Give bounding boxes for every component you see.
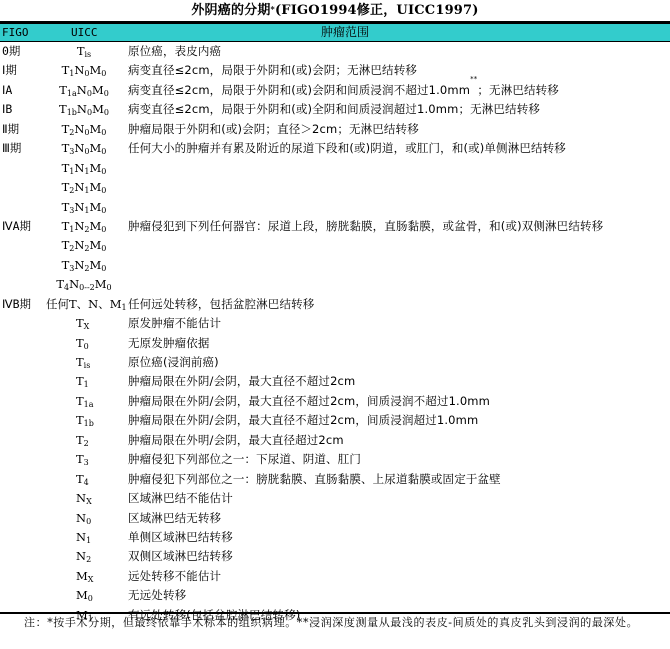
tnm-definition-row: NX区域淋巴结不能估计: [0, 489, 670, 508]
table-row: 0期Tis原位癌，表皮内癌: [0, 42, 670, 61]
uicc-code: T1N1M0: [40, 159, 128, 178]
tnm-definition-row: T1a肿瘤局限在外阴/会阴，最大直径不超过2cm，间质浸润不超过1.0mm: [0, 392, 670, 411]
tnm-letter: M: [92, 102, 104, 116]
tnm-subscript: 0: [84, 342, 89, 351]
tnm-letter: N: [74, 141, 84, 155]
tnm-letter: T: [59, 102, 67, 116]
tnm-subscript: 0: [101, 225, 106, 234]
description-text: 肿瘤局限于外阴和(或)会阴；直径＞2cm；无淋巴结转移: [128, 122, 419, 136]
tnm-description: 区域淋巴结无转移: [128, 509, 221, 528]
tnm-letter: M: [90, 161, 102, 175]
tnm-letter: T: [76, 472, 84, 486]
tnm-letter: T: [76, 355, 84, 369]
figo-stage: ⅠA: [2, 81, 12, 100]
tnm-description: 无远处转移: [128, 586, 186, 605]
tnm-subscript: X: [88, 575, 94, 584]
uicc-code: T2N0M0: [40, 120, 128, 139]
figo-stage: ⅠB: [2, 100, 12, 119]
tnm-letter: M: [95, 277, 107, 291]
uicc-code: T4N0--2M0: [40, 275, 128, 294]
table-row-ivb: ⅣB期任何T、N、M1任何远处转移，包括盆腔淋巴结转移: [0, 295, 670, 314]
table-row: T3N2M0: [0, 256, 670, 275]
table-row: T4N0--2M0: [0, 275, 670, 294]
tumor-range-description: 任何远处转移，包括盆腔淋巴结转移: [128, 295, 314, 314]
uicc-code: Tis: [40, 42, 128, 61]
table-title: 外阴癌的分期*(FIGO1994修正，UICC1997): [0, 3, 670, 19]
uicc-code-text: 任何T、N、M: [46, 297, 122, 311]
tnm-description: 肿瘤局限在外阴/会阴，最大直径不超过2cm，间质浸润超过1.0mm: [128, 411, 478, 430]
tumor-range-description: 任何大小的肿瘤并有累及附近的尿道下段和(或)阴道，或肛门，和(或)单侧淋巴结转移: [128, 139, 566, 158]
tnm-letter: T: [56, 277, 64, 291]
tnm-code: N2: [40, 547, 128, 566]
tumor-range-description: 肿瘤局限于外阴和(或)会阴；直径＞2cm；无淋巴结转移: [128, 120, 419, 139]
tnm-description: 肿瘤局限在外明/会阴，最大直径超过2cm: [128, 431, 344, 450]
tnm-letter: N: [74, 238, 84, 252]
table-row: Ⅰ期T1N0M0病变直径≤2cm，局限于外阴和(或)会阴；无淋巴结转移: [0, 61, 670, 80]
tnm-description: 无原发肿瘤依据: [128, 334, 210, 353]
tnm-description: 区域淋巴结不能估计: [128, 489, 233, 508]
tnm-subscript: 1a: [84, 400, 94, 409]
description-text-after: ；无淋巴结转移: [477, 83, 559, 97]
uicc-code: T3N2M0: [40, 256, 128, 275]
description-text: 原位癌，表皮内癌: [128, 44, 221, 58]
tnm-letter: M: [90, 122, 102, 136]
description-text: 病变直径≤2cm，局限于外阴和(或)全阴和间质浸润超过1.0mm；无淋巴结转移: [128, 102, 540, 116]
tnm-definition-row: T1肿瘤局限在外阴/会阴，最大直径不超过2cm: [0, 372, 670, 391]
header-tumor-range: 肿瘤范围: [0, 24, 670, 41]
tnm-description: 原发肿瘤不能估计: [128, 314, 221, 333]
description-text: 病变直径≤2cm，局限于外阴和(或)会阴；无淋巴结转移: [128, 63, 417, 77]
tnm-definition-row: N0区域淋巴结无转移: [0, 509, 670, 528]
uicc-code: 任何T、N、M1: [46, 295, 127, 314]
tnm-definition-row: T0无原发肿瘤依据: [0, 334, 670, 353]
tnm-subscript: 1: [122, 303, 127, 312]
uicc-code: T2N1M0: [40, 178, 128, 197]
tnm-subscript: 0: [104, 108, 109, 117]
figo-stage: ⅣA期: [2, 217, 31, 236]
tnm-description: 肿瘤侵犯下列部位之一：下尿道、阴道、肛门: [128, 450, 361, 469]
tumor-range-description: 原位癌，表皮内癌: [128, 42, 221, 61]
tnm-letter: T: [76, 316, 84, 330]
tumor-range-description: 病变直径≤2cm，局限于外阴和(或)会阴；无淋巴结转移: [128, 61, 417, 80]
tnm-subscript: X: [84, 322, 90, 331]
footnote-marker: **: [470, 75, 477, 83]
tnm-letter: N: [76, 511, 86, 525]
tumor-range-description: 病变直径≤2cm，局限于外阴和(或)全阴和间质浸润超过1.0mm；无淋巴结转移: [128, 100, 540, 119]
tnm-definition-row: T3肿瘤侵犯下列部位之一：下尿道、阴道、肛门: [0, 450, 670, 469]
tnm-letter: M: [92, 83, 104, 97]
description-text: 病变直径≤2cm，局限于外阴和(或)会阴和间质浸润不超过1.0mm: [128, 83, 470, 97]
tnm-subscript: 0: [101, 167, 106, 176]
table-row: T2N2M0: [0, 236, 670, 255]
tnm-definition-row: M0无远处转移: [0, 586, 670, 605]
uicc-code: T1N0M0: [40, 61, 128, 80]
table-row: ⅠAT1aN0M0病变直径≤2cm，局限于外阴和(或)会阴和间质浸润不超过1.0…: [0, 81, 670, 100]
tnm-letter: N: [74, 219, 84, 233]
table-row: ⅠBT1bN0M0病变直径≤2cm，局限于外阴和(或)全阴和间质浸润超过1.0m…: [0, 100, 670, 119]
tnm-description: 原位癌(浸润前癌): [128, 353, 219, 372]
uicc-code: T1bN0M0: [40, 100, 128, 119]
tnm-definition-row: N2双侧区域淋巴结转移: [0, 547, 670, 566]
tnm-letter: N: [74, 180, 84, 194]
uicc-code: T2N2M0: [40, 236, 128, 255]
tnm-subscript: X: [86, 497, 92, 506]
tnm-subscript: 4: [84, 478, 89, 487]
tnm-letter: T: [76, 374, 84, 388]
tnm-code: N0: [40, 509, 128, 528]
tnm-letter: T: [76, 394, 84, 408]
tnm-subscript: is: [85, 50, 92, 59]
table-row: T1N1M0: [0, 159, 670, 178]
tnm-letter: N: [74, 200, 84, 214]
table-row: T2N1M0: [0, 178, 670, 197]
tnm-letter: M: [76, 588, 88, 602]
tnm-letter: N: [74, 63, 84, 77]
figo-stage: Ⅲ期: [2, 139, 21, 158]
tnm-description: 单侧区域淋巴结转移: [128, 528, 233, 547]
table-row: T3N1M0: [0, 198, 670, 217]
table-row: Ⅱ期T2N0M0肿瘤局限于外阴和(或)会阴；直径＞2cm；无淋巴结转移: [0, 120, 670, 139]
description-text: 肿瘤侵犯到下列任何器官：尿道上段，膀胱黏膜，直肠黏膜，或盆骨，和(或)双侧淋巴结…: [128, 219, 603, 233]
tnm-subscript: 0: [104, 89, 109, 98]
figo-stage: Ⅰ期: [2, 61, 17, 80]
tnm-letter: M: [90, 258, 102, 272]
tnm-code: T1: [40, 372, 128, 391]
description-text: 任何大小的肿瘤并有累及附近的尿道下段和(或)阴道，或肛门，和(或)单侧淋巴结转移: [128, 141, 566, 155]
tnm-subscript: 1b: [67, 108, 77, 117]
tnm-letter: M: [90, 238, 102, 252]
tnm-subscript: 0: [86, 517, 91, 526]
tnm-subscript: 1b: [84, 419, 94, 428]
tnm-letter: M: [90, 200, 102, 214]
tnm-description: 肿瘤局限在外阴/会阴，最大直径不超过2cm: [128, 372, 355, 391]
header-uicc: UICC: [71, 24, 98, 41]
tnm-letter: T: [76, 452, 84, 466]
tnm-letter: T: [77, 44, 85, 58]
tnm-code: M0: [40, 586, 128, 605]
tnm-letter: N: [76, 491, 86, 505]
tnm-definition-row: T4肿瘤侵犯下列部位之一：膀胱黏膜、直肠黏膜、上尿道黏膜或固定于盆壁: [0, 470, 670, 489]
tnm-letter: T: [76, 413, 84, 427]
tnm-letter: N: [76, 549, 86, 563]
tnm-letter: N: [69, 277, 79, 291]
tnm-letter: T: [59, 83, 67, 97]
tnm-letter: N: [76, 530, 86, 544]
tnm-definition-row: TX原发肿瘤不能估计: [0, 314, 670, 333]
tnm-subscript: 0: [88, 594, 93, 603]
tnm-subscript: 0: [101, 69, 106, 78]
tnm-description: 双侧区域淋巴结转移: [128, 547, 233, 566]
tnm-code: T1a: [40, 392, 128, 411]
tnm-code: T4: [40, 470, 128, 489]
tnm-code: N1: [40, 528, 128, 547]
tnm-letter: T: [76, 336, 84, 350]
tnm-letter: M: [90, 180, 102, 194]
tnm-subscript: 0: [101, 244, 106, 253]
tnm-subscript: 0: [107, 283, 112, 292]
tnm-letter: M: [90, 63, 102, 77]
tnm-code: TX: [40, 314, 128, 333]
tumor-range-description: 病变直径≤2cm，局限于外阴和(或)会阴和间质浸润不超过1.0mm**；无淋巴结…: [128, 81, 559, 100]
tnm-subscript: 1: [86, 536, 91, 545]
table-title-main: 外阴癌的分期: [191, 3, 270, 18]
tnm-letter: T: [76, 433, 84, 447]
tnm-code: T0: [40, 334, 128, 353]
figo-stage: Ⅱ期: [2, 120, 19, 139]
uicc-code: T1aN0M0: [40, 81, 128, 100]
tnm-definition-row: T1b肿瘤局限在外阴/会阴，最大直径不超过2cm，间质浸润超过1.0mm: [0, 411, 670, 430]
table-row: ⅣA期T1N2M0肿瘤侵犯到下列任何器官：尿道上段，膀胱黏膜，直肠黏膜，或盆骨，…: [0, 217, 670, 236]
tnm-letter: N: [74, 122, 84, 136]
tnm-letter: N: [77, 83, 87, 97]
tnm-description: 肿瘤侵犯下列部位之一：膀胱黏膜、直肠黏膜、上尿道黏膜或固定于盆壁: [128, 470, 501, 489]
header-figo: FIGO: [2, 24, 29, 41]
tnm-description: 远处转移不能估计: [128, 567, 221, 586]
tnm-subscript: 0: [101, 206, 106, 215]
tnm-letter: N: [74, 161, 84, 175]
tnm-subscript: 3: [84, 458, 89, 467]
tnm-subscript: 0--2: [79, 283, 95, 292]
tnm-description: 肿瘤局限在外阴/会阴，最大直径不超过2cm，间质浸润不超过1.0mm: [128, 392, 490, 411]
tnm-subscript: 0: [101, 128, 106, 137]
tnm-subscript: 0: [101, 147, 106, 156]
tnm-definition-row: Tis原位癌(浸润前癌): [0, 353, 670, 372]
tnm-subscript: 2: [86, 555, 91, 564]
tnm-subscript: 0: [101, 186, 106, 195]
figo-stage: 0期: [2, 42, 20, 61]
tnm-subscript: 0: [101, 264, 106, 273]
tnm-letter: M: [76, 569, 88, 583]
tnm-definition-row: T2肿瘤局限在外明/会阴，最大直径超过2cm: [0, 431, 670, 450]
uicc-code: T3N1M0: [40, 198, 128, 217]
figo-stage: ⅣB期: [2, 295, 31, 314]
tnm-letter: N: [77, 102, 87, 116]
tnm-code: NX: [40, 489, 128, 508]
table-title-suffix: (FIGO1994修正，UICC1997): [275, 3, 479, 18]
tumor-range-description: 肿瘤侵犯到下列任何器官：尿道上段，膀胱黏膜，直肠黏膜，或盆骨，和(或)双侧淋巴结…: [128, 217, 603, 236]
uicc-code: T1N2M0: [40, 217, 128, 236]
tnm-subscript: 1: [84, 380, 89, 389]
tnm-code: MX: [40, 567, 128, 586]
tnm-letter: M: [90, 219, 102, 233]
tnm-subscript: 2: [84, 439, 89, 448]
tnm-definition-row: N1单侧区域淋巴结转移: [0, 528, 670, 547]
tnm-code: T2: [40, 431, 128, 450]
footnote-marker: *: [271, 4, 275, 14]
footnote: 注：*按手术分期，但最终依靠手术标本的组织病理。**浸润深度测量从最浅的表皮-间…: [0, 614, 670, 631]
tnm-code: T1b: [40, 411, 128, 430]
staging-table-body: 0期Tis原位癌，表皮内癌Ⅰ期T1N0M0病变直径≤2cm，局限于外阴和(或)会…: [0, 42, 670, 625]
uicc-code: T3N0M0: [40, 139, 128, 158]
tnm-letter: M: [90, 141, 102, 155]
table-header: 肿瘤范围 FIGO UICC: [0, 24, 670, 42]
tnm-code: Tis: [40, 353, 128, 372]
tnm-letter: N: [74, 258, 84, 272]
tnm-code: T3: [40, 450, 128, 469]
tnm-subscript: is: [84, 361, 91, 370]
tnm-definition-row: MX远处转移不能估计: [0, 567, 670, 586]
tnm-subscript: 1a: [67, 89, 77, 98]
table-row: Ⅲ期T3N0M0任何大小的肿瘤并有累及附近的尿道下段和(或)阴道，或肛门，和(或…: [0, 139, 670, 158]
